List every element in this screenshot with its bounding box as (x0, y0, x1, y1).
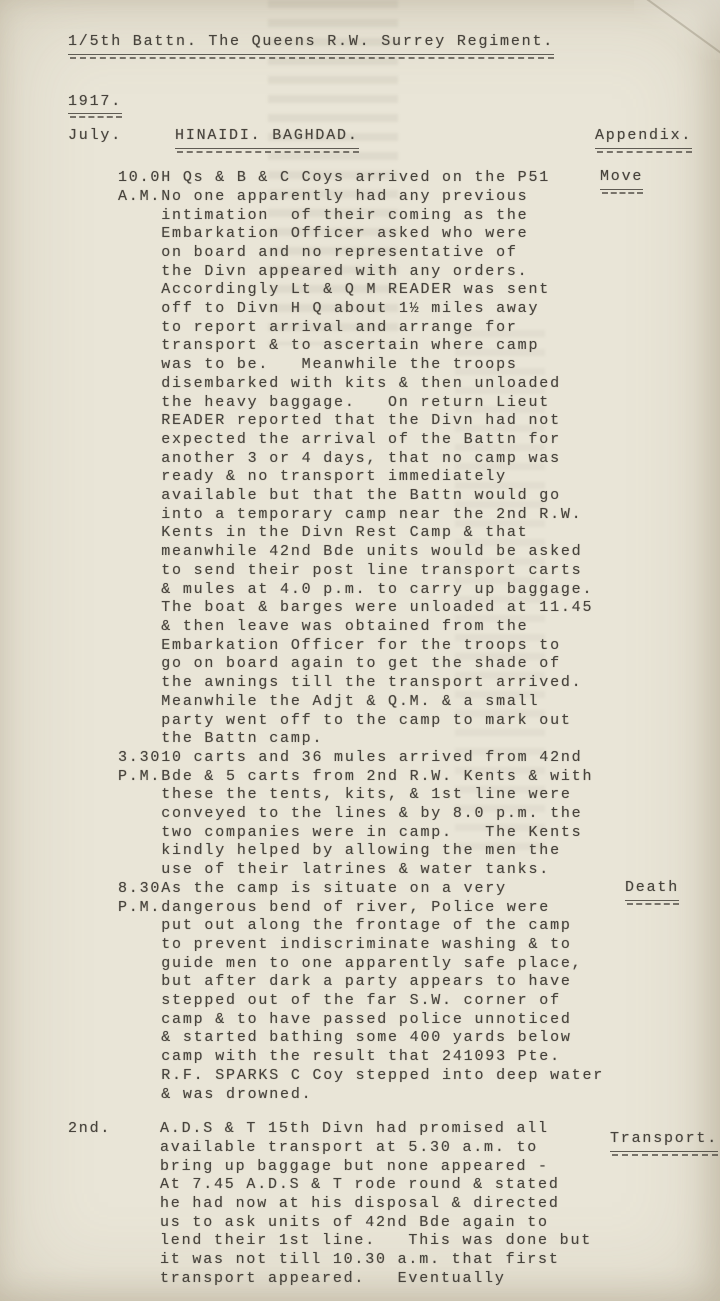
appendix-heading: Appendix. (595, 127, 692, 149)
entry-time-label: 3.30 P.M. (118, 749, 161, 786)
entry-body-text: A.D.S & T 15th Divn had promised all ava… (160, 1120, 630, 1288)
location-heading: HINAIDI. BAGHDAD. (175, 127, 359, 149)
margin-note: Transport. (610, 1130, 718, 1152)
entry-body-text: 10 carts and 36 mules arrived from 42nd … (161, 749, 631, 880)
entry-time-label: 10.0 A.M. (118, 169, 161, 206)
diary-entry: 8.30 P.M. As the camp is situate on a ve… (68, 880, 720, 1104)
diary-entry: 3.30 P.M. 10 carts and 36 mules arrived … (68, 749, 720, 880)
margin-note: Move (600, 168, 643, 190)
entry-body-text: As the camp is situate on a very dangero… (161, 880, 631, 1104)
diary-entries: 10.0 A.M. H Qs & B & C Coys arrived on t… (68, 169, 720, 1288)
diary-entry: 2nd. A.D.S & T 15th Divn had promised al… (68, 1120, 720, 1288)
section-header: July.HINAIDI. BAGHDAD. Appendix. (68, 127, 720, 149)
year-label: 1917. (68, 93, 122, 115)
page-title: 1/5th Battn. The Queens R.W. Surrey Regi… (68, 33, 554, 55)
entry-body-text: H Qs & B & C Coys arrived on the P51 No … (161, 169, 631, 749)
war-diary-page: 1/5th Battn. The Queens R.W. Surrey Regi… (0, 0, 720, 1301)
entry-date-label: 2nd. (68, 1120, 118, 1139)
entry-time-label: 8.30 P.M. (118, 880, 161, 917)
diary-entry: 10.0 A.M. H Qs & B & C Coys arrived on t… (68, 169, 720, 749)
margin-note: Death (625, 879, 679, 901)
month-label: July. (68, 127, 122, 144)
